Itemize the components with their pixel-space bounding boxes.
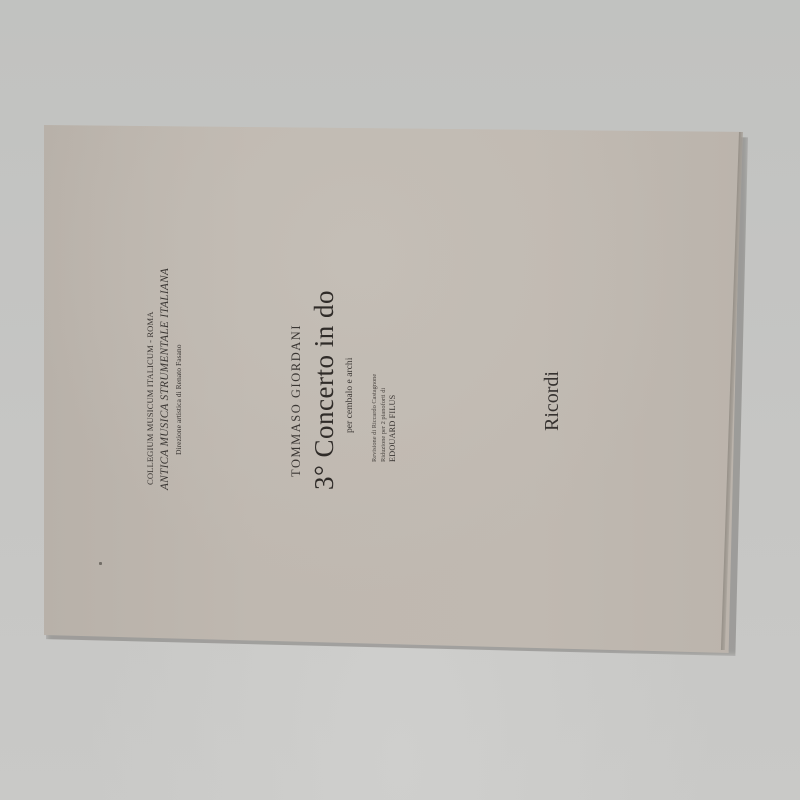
credit-reduction: Riduzione per 2 pianoforti di (381, 388, 387, 462)
credit-arranger: EDOUARD FILUS (389, 395, 397, 462)
work-title: 3° Concerto in do (311, 290, 338, 490)
series-collection: ANTICA MUSICA STRUMENTALE ITALIANA (160, 268, 171, 490)
series-institution: COLLEGIUM MUSICUM ITALICUM - ROMA (146, 311, 155, 485)
work-subtitle: per cembalo e archi (345, 358, 355, 433)
publisher-name: Ricordi (542, 371, 562, 431)
series-direction: Direzione artistica di Renato Fasano (175, 345, 183, 456)
composer-name: TOMMASO GIORDANI (290, 324, 302, 477)
paper-speck (99, 562, 102, 565)
credit-revision: Revisione di Riccardo Castagnone (372, 374, 378, 462)
